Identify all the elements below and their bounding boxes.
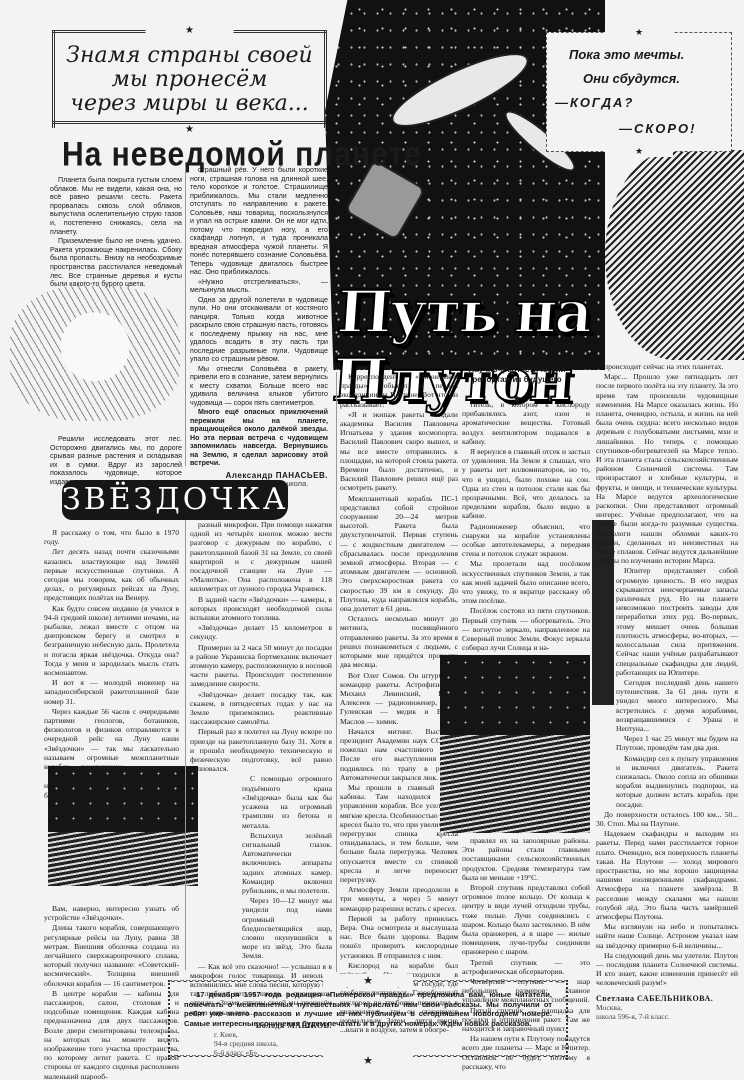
launch-ramp-illustration [48, 766, 198, 886]
story1-column-1: Планета была покрыта густым слоем облако… [50, 176, 182, 290]
story3-column-3: происходит сейчас на этих планетах. Марс… [596, 362, 738, 1021]
star-icon: ★ [605, 146, 673, 157]
monster-sketch [10, 286, 180, 421]
editorial-notice: ★ 17 декабря 1957 года редакция «Пионерс… [168, 980, 568, 1060]
star-icon: ★ [145, 25, 234, 36]
story2-column-1: Я расскажу о том, что было в 1970 году. … [44, 528, 179, 801]
notice-text: 17 декабря 1957 года редакция «Пионерско… [184, 990, 552, 1028]
column-rule [336, 372, 337, 972]
column-rule [185, 166, 186, 466]
motto-box: ★ Знамя страны своей мы пронесём через м… [52, 30, 327, 128]
story2-column-2: разный микрофон. При помощи нажатия одно… [190, 520, 332, 1058]
star-icon: ★ [605, 27, 673, 38]
story3-author: Светлана САБЕЛЬНИКОВА. [596, 994, 738, 1003]
cosmonaut-illustration [440, 655, 590, 833]
star-icon: ★ [145, 124, 234, 135]
motto-text: Знамя страны своей мы пронесём через мир… [55, 44, 324, 116]
story3-author-place: Москва, школа 596-я, 7-й класс. [596, 1003, 738, 1021]
story1-column-2: страшный рёв. У него были короткие ноги,… [190, 166, 328, 489]
dream-box: ★ Пока это мечты. Они сбудутся. —КОГДА? … [546, 32, 732, 152]
subtitle-caption: Научно-фантастический репортаж из будуще… [452, 365, 582, 385]
star-icon: ★ [323, 974, 413, 987]
star-icon: ★ [323, 1054, 413, 1067]
headline-zvezdochka: ЗВЁЗДОЧКА [62, 480, 288, 520]
story2-column-1-bottom: Вам, наверно, интересно узнать об устрой… [44, 904, 179, 1080]
column-rule [185, 520, 186, 970]
story3-column-2: титель, в котором к кислороду прибавляли… [462, 400, 590, 653]
